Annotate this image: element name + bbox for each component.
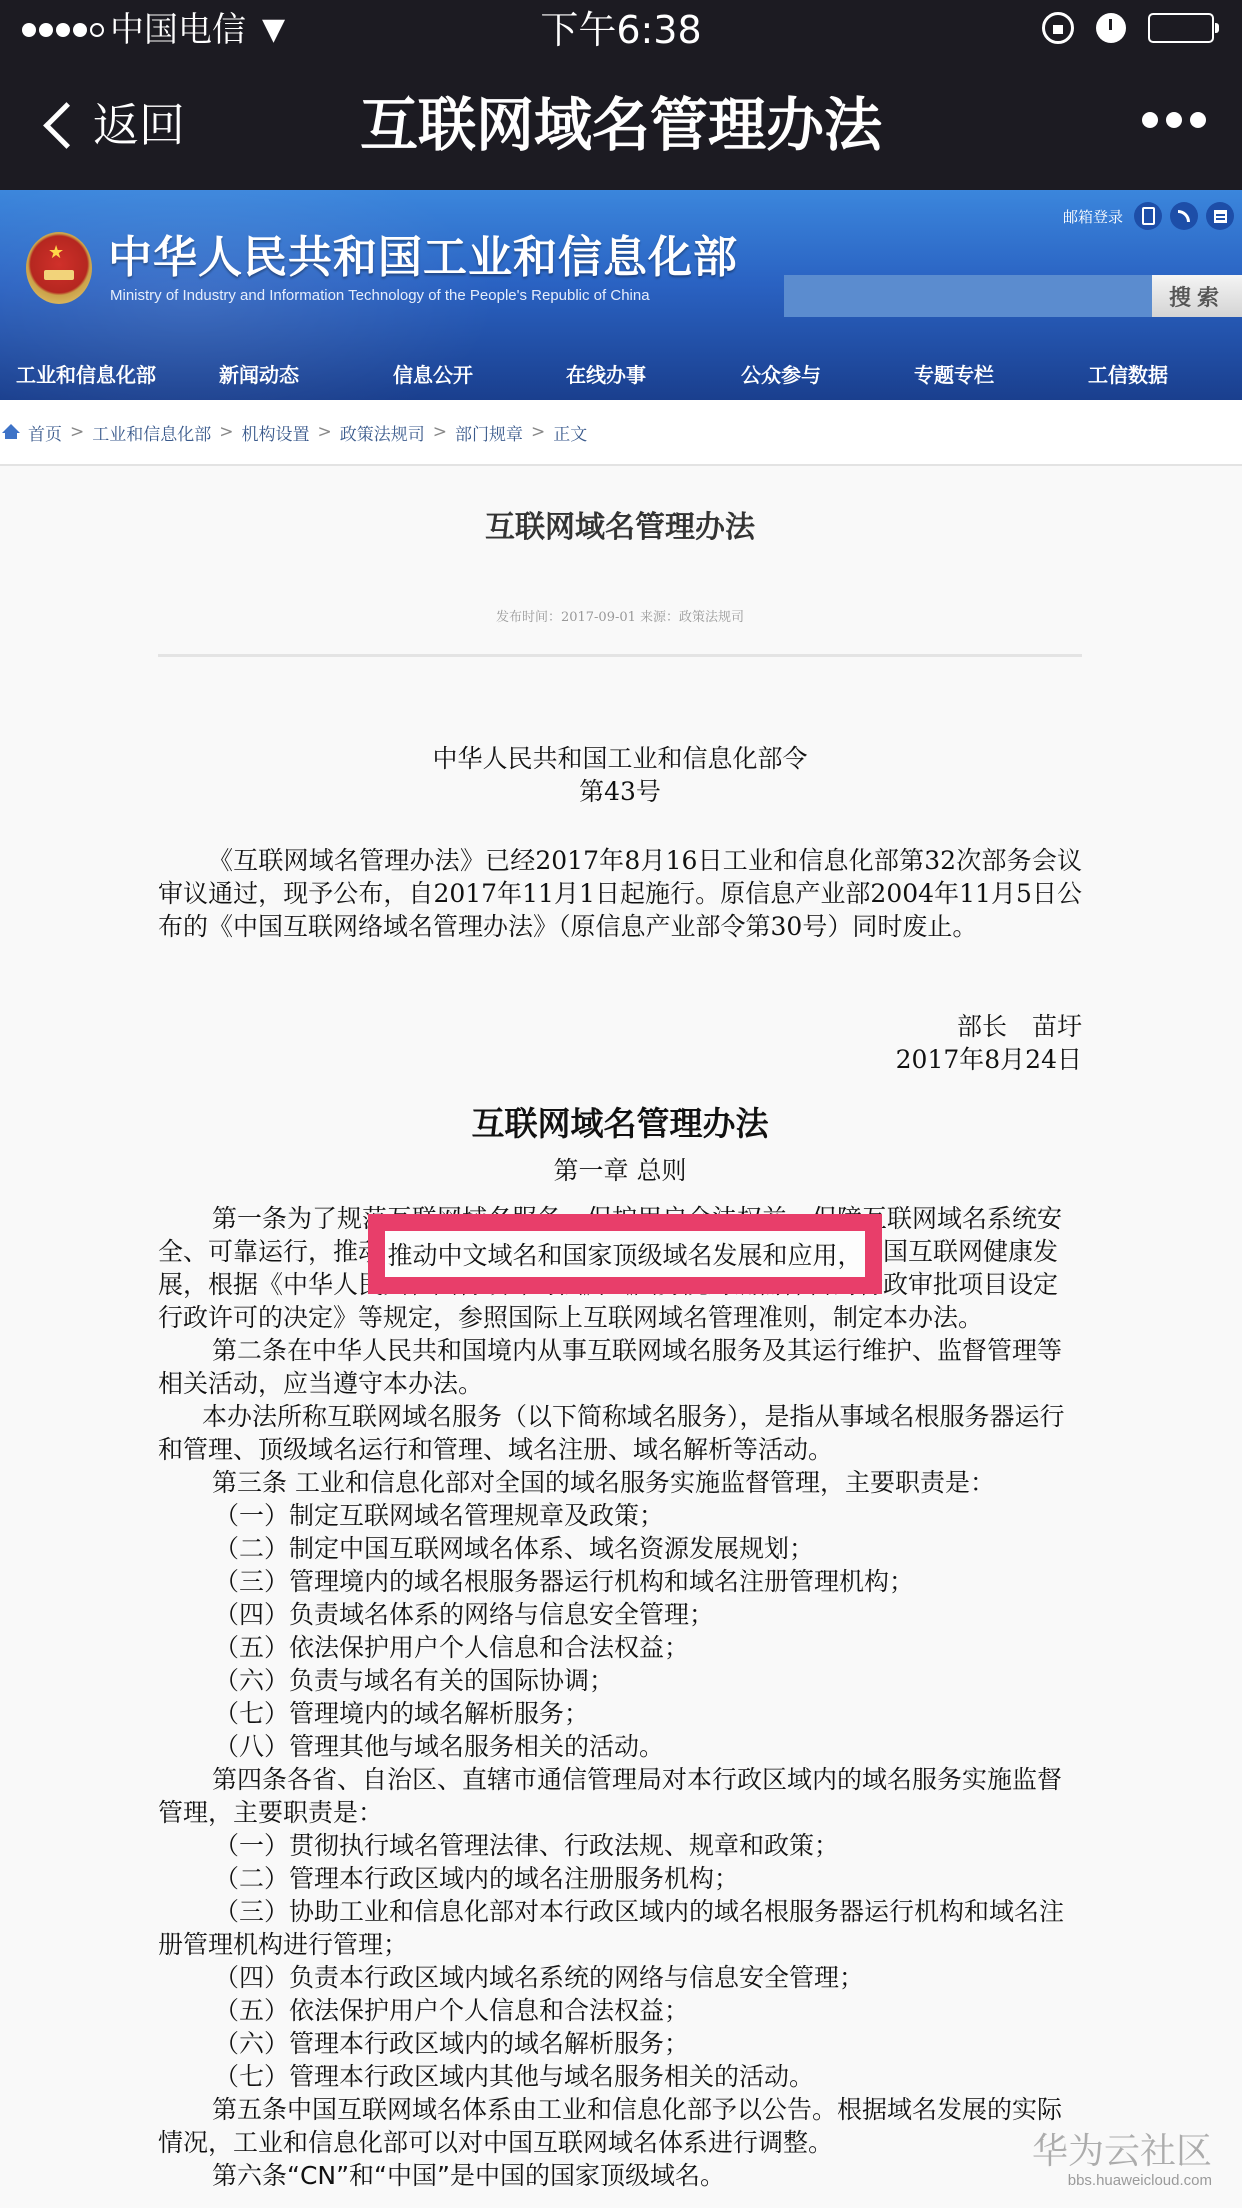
search-input[interactable] [784,275,1152,317]
article-4-item: （三）协助工业和信息化部对本行政区域内的域名根服务器运行机构和域名注册管理机构进… [158,1895,1082,1961]
rss-button[interactable] [1170,202,1198,230]
breadcrumb-separator: > [219,422,233,442]
sitemap-button[interactable] [1206,202,1234,230]
order-issuer: 中华人民共和国工业和信息化部令 [158,742,1082,775]
more-icon [1142,112,1158,128]
article-3-item: （七）管理境内的域名解析服务； [158,1697,1082,1730]
watermark-brand: 华为云社区 [1032,2132,1212,2172]
wifi-icon: ▼ [262,8,285,52]
nav-item-special-topics[interactable]: 专题专栏 [914,360,994,390]
article-4-item: （六）管理本行政区域内的域名解析服务； [158,2027,1082,2060]
back-label: 返回 [93,90,185,160]
rotation-lock-icon [1042,12,1074,44]
home-icon [2,424,20,433]
article-3-item: （六）负责与域名有关的国际协调； [158,1664,1082,1697]
signature-block: 部长 苗圩 2017年8月24日 [896,1010,1082,1076]
divider [158,654,1082,657]
chapter-heading: 第一章 总则 [158,1154,1082,1187]
site-main-nav: 工业和信息化部 新闻动态 信息公开 在线办事 公众参与 专题专栏 工信数据 [0,350,1242,400]
law-title: 互联网域名管理办法 [158,1102,1082,1146]
article-4-item: （二）管理本行政区域内的域名注册服务机构； [158,1862,1082,1895]
more-button[interactable] [1142,112,1206,128]
mobile-button[interactable] [1134,202,1162,230]
signer: 部长 苗圩 [896,1010,1082,1043]
breadcrumb-separator: > [70,422,84,442]
battery-icon [1148,13,1214,43]
sign-date: 2017年8月24日 [896,1043,1082,1076]
article-body: 第一条为了规范互联网域名服务，保护用户合法权益，保障互联网域名系统安全、可靠运行… [158,1202,1082,2192]
carrier-name: 中国电信 [110,8,246,52]
article-3: 第三条 工业和信息化部对全国的域名服务实施监督管理，主要职责是： [158,1466,1082,1499]
national-emblem-icon: ★ [26,232,92,304]
breadcrumb: 首页 > 工业和信息化部 > 机构设置 > 政策法规司 > 部门规章 > 正文 [0,400,1242,466]
breadcrumb-policy-dept[interactable]: 政策法规司 [340,420,425,445]
preamble: 《互联网域名管理办法》已经2017年8月16日工业和信息化部第32次部务会议审议… [158,844,1082,943]
article-2: 第二条在中华人民共和国境内从事互联网域名服务及其运行维护、监督管理等相关活动，应… [158,1334,1082,1400]
nav-item-online-service[interactable]: 在线办事 [566,360,646,390]
watermark-url: bbs.huaweicloud.com [1032,2172,1212,2190]
article-6: 第六条“CN”和“中国”是中国的国家顶级域名。 [158,2159,1082,2192]
nav-item-news[interactable]: 新闻动态 [219,360,299,390]
status-bar: 中国电信 ▼ 下午6:38 [0,0,1242,60]
highlight-text: 推动中文域名和国家顶级域名发展和应用， [387,1236,862,1272]
order-heading: 中华人民共和国工业和信息化部令 第43号 [158,742,1082,808]
article-title: 互联网域名管理办法 [158,508,1082,548]
carrier-info: 中国电信 ▼ [22,8,285,52]
article-3-item: （八）管理其他与域名服务相关的活动。 [158,1730,1082,1763]
site-name-en: Ministry of Industry and Information Tec… [110,286,650,306]
article-2-paragraph-2: 本办法所称互联网域名服务（以下简称域名服务），是指从事域名根服务器运行和管理、顶… [158,1400,1082,1466]
breadcrumb-separator: > [318,422,332,442]
breadcrumb-org[interactable]: 机构设置 [242,420,310,445]
breadcrumb-home[interactable]: 首页 [28,420,62,445]
alarm-icon [1096,13,1126,43]
chevron-left-icon [43,102,90,149]
breadcrumb-separator: > [433,422,447,442]
nav-item-miit[interactable]: 工业和信息化部 [16,360,156,390]
search-button[interactable]: 搜索 [1152,275,1242,317]
order-number: 第43号 [158,775,1082,808]
nav-item-info-public[interactable]: 信息公开 [393,360,473,390]
nav-item-public-participation[interactable]: 公众参与 [741,360,821,390]
breadcrumb-current: 正文 [553,420,587,445]
status-icons [1042,12,1214,44]
article-3-item: （四）负责域名体系的网络与信息安全管理； [158,1598,1082,1631]
site-banner: ★ 中华人民共和国工业和信息化部 Ministry of Industry an… [0,190,1242,400]
signal-strength-icon [22,23,104,37]
rss-icon [1178,210,1190,222]
article-3-item: （一）制定互联网域名管理规章及政策； [158,1499,1082,1532]
breadcrumb-separator: > [531,422,545,442]
article-4-item: （一）贯彻执行域名管理法律、行政法规、规章和政策； [158,1829,1082,1862]
page-title: 互联网域名管理办法 [0,88,1242,162]
article-4-item: （四）负责本行政区域内域名系统的网络与信息安全管理； [158,1961,1082,1994]
mail-login-link[interactable]: 邮箱登录 [1063,206,1123,228]
breadcrumb-miit[interactable]: 工业和信息化部 [92,420,211,445]
breadcrumb-regulations[interactable]: 部门规章 [455,420,523,445]
article-meta: 发布时间：2017-09-01 来源：政策法规司 [158,606,1082,625]
article-4-item: （七）管理本行政区域内其他与域名服务相关的活动。 [158,2060,1082,2093]
mobile-icon [1142,207,1155,225]
sitemap-icon [1214,210,1227,223]
article-5: 第五条中国互联网域名体系由工业和信息化部予以公告。根据域名发展的实际情况，工业和… [158,2093,1082,2159]
article-3-item: （五）依法保护用户个人信息和合法权益； [158,1631,1082,1664]
highlight-annotation: 推动中文域名和国家顶级域名发展和应用， [368,1214,882,1294]
watermark: 华为云社区 bbs.huaweicloud.com [1032,2132,1212,2190]
article-3-item: （二）制定中国互联网域名体系、域名资源发展规划； [158,1532,1082,1565]
back-button[interactable]: 返回 [40,90,185,160]
app-nav-bar: 返回 互联网域名管理办法 [0,60,1242,190]
nav-item-data[interactable]: 工信数据 [1088,360,1168,390]
site-name-cn: 中华人民共和国工业和信息化部 [108,230,738,286]
article-4-item: （五）依法保护用户个人信息和合法权益； [158,1994,1082,2027]
article-3-item: （三）管理境内的域名根服务器运行机构和域名注册管理机构； [158,1565,1082,1598]
article-4: 第四条各省、自治区、直辖市通信管理局对本行政区域内的域名服务实施监督管理，主要职… [158,1763,1082,1829]
